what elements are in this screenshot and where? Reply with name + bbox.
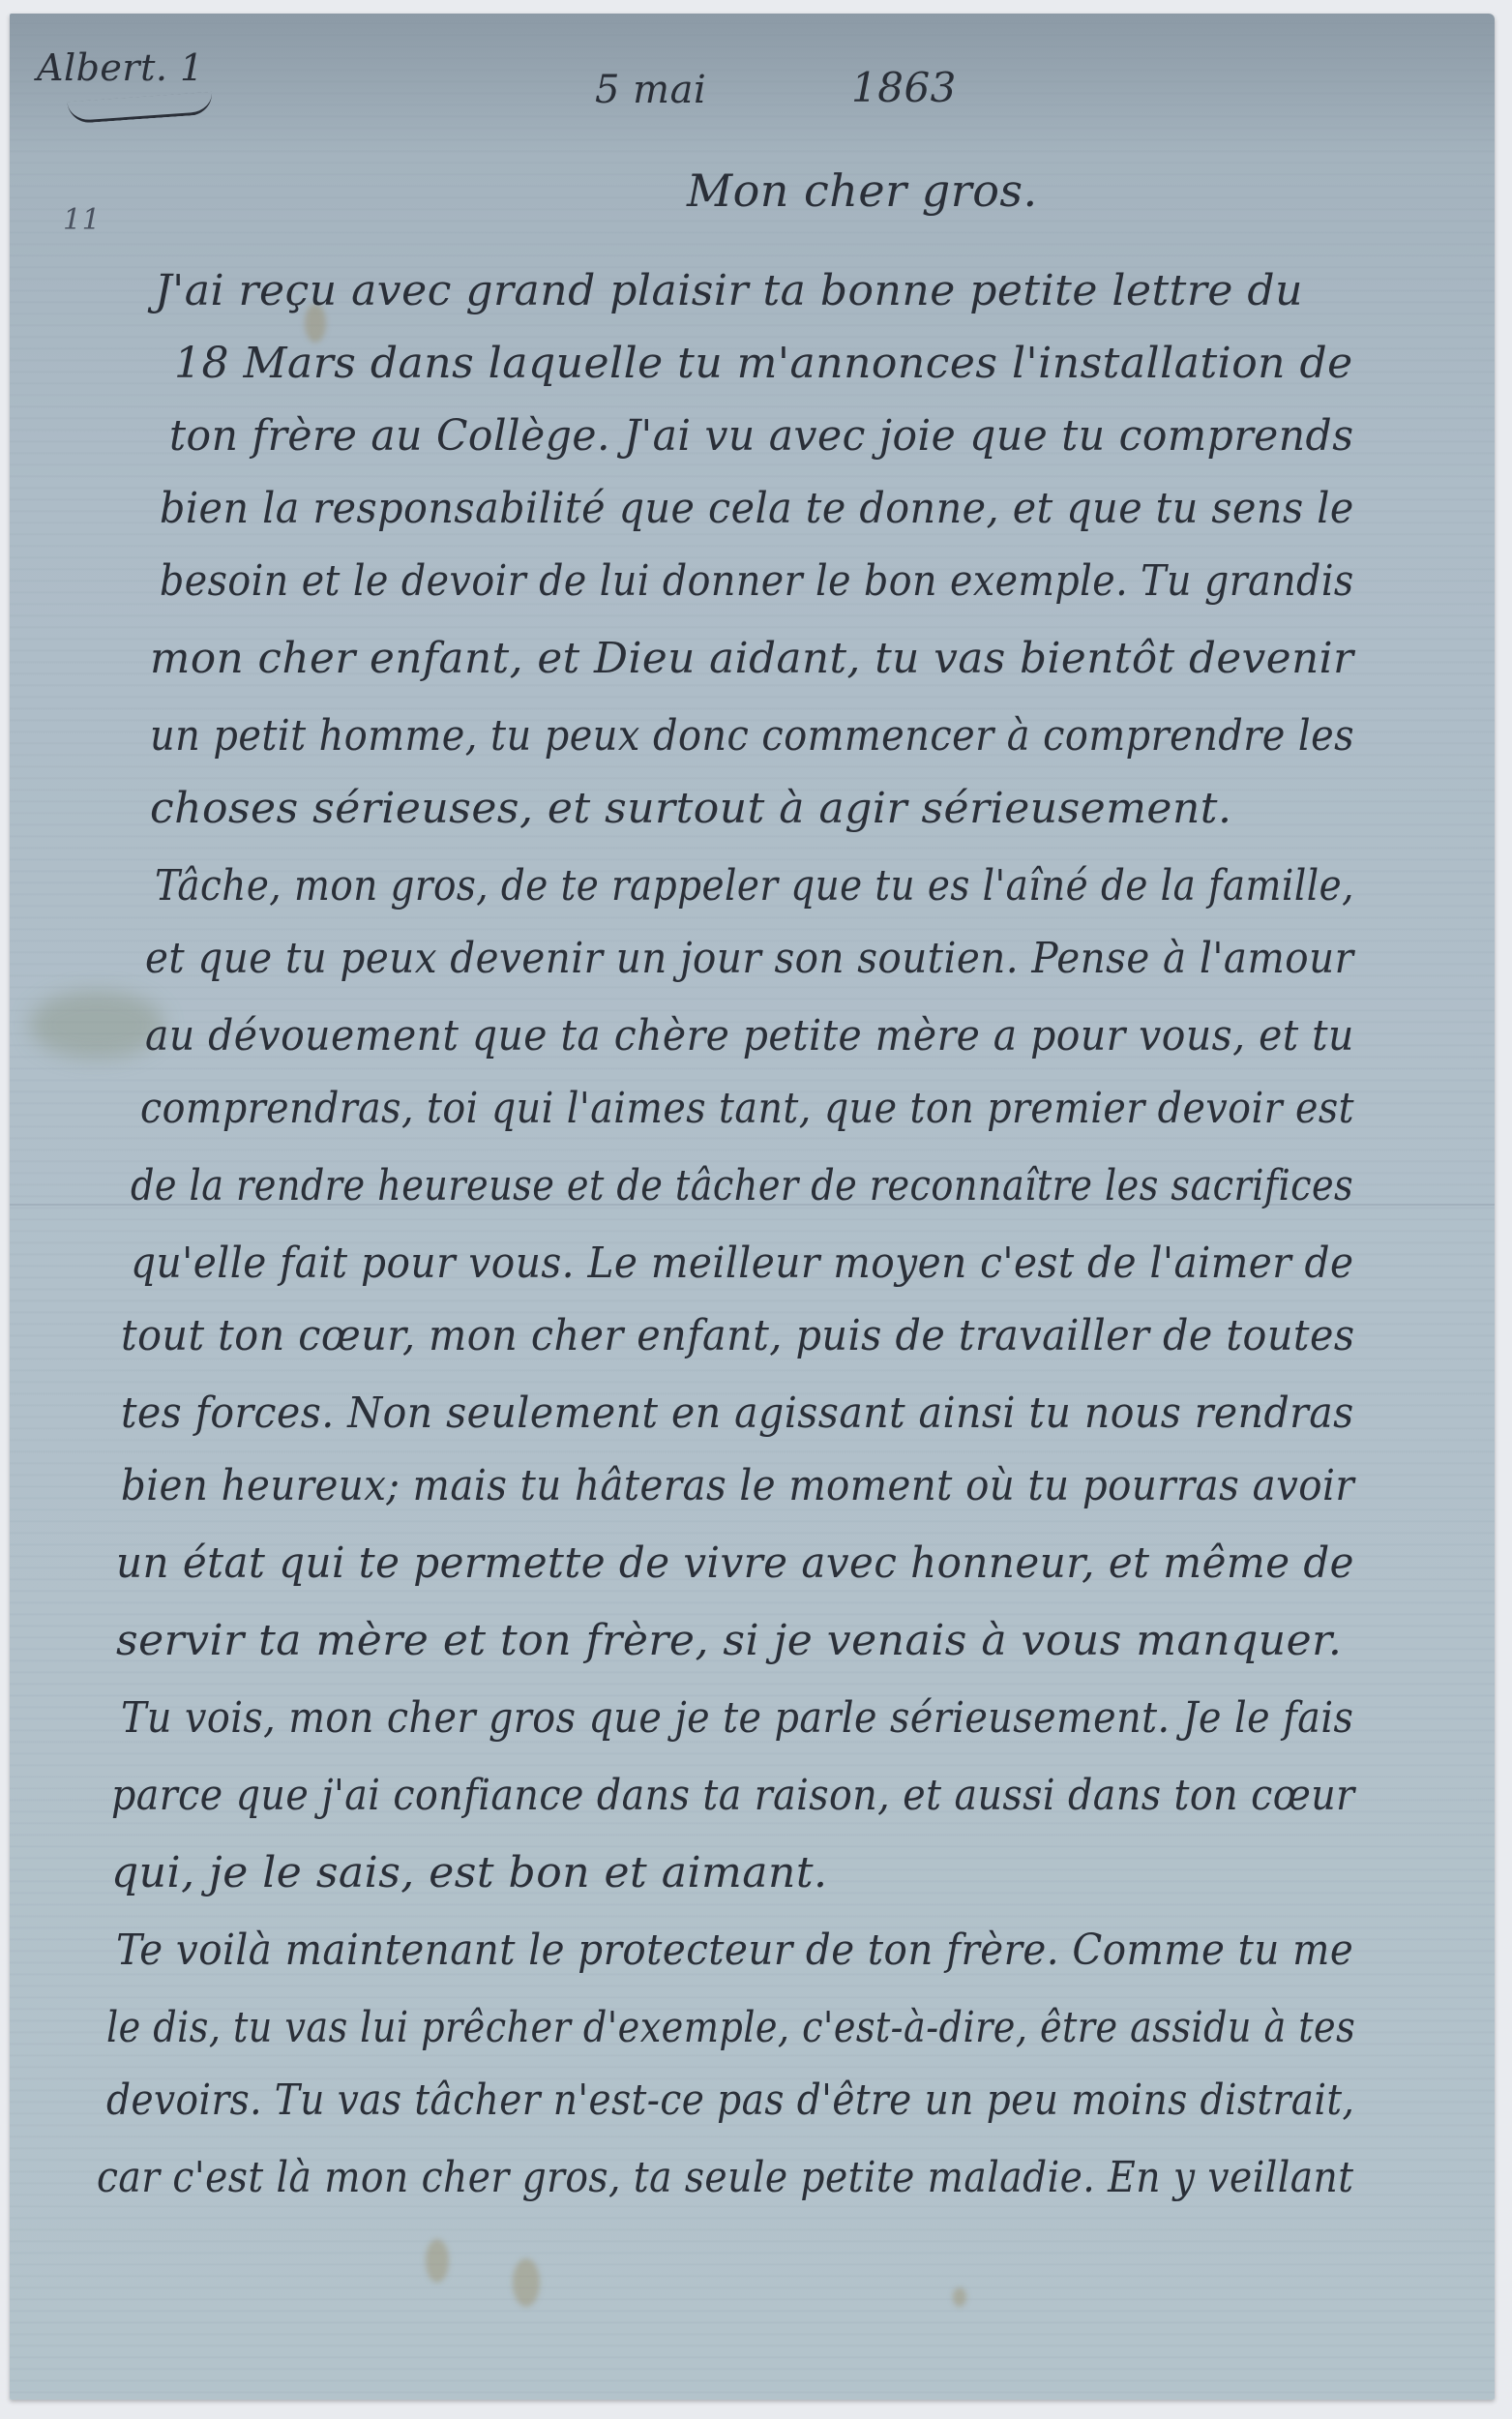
letter-line: devoirs. Tu vas tâcher n'est-ce pas d'êt…: [106, 2076, 1354, 2125]
letter-line: 18 Mars dans laquelle tu m'annonces l'in…: [174, 339, 1353, 388]
letter-line: de la rendre heureuse et de tâcher de re…: [131, 1161, 1353, 1210]
letter-line: choses sérieuses, et surtout à agir séri…: [150, 784, 1231, 833]
letter-line: bien heureux; mais tu hâteras le moment …: [121, 1461, 1354, 1510]
letter-line: un état qui te permette de vivre avec ho…: [116, 1538, 1354, 1588]
letter-line: comprendras, toi qui l'aimes tant, que t…: [140, 1084, 1354, 1133]
foxing-stain: [426, 2239, 449, 2283]
letter-line: ton frère au Collège. J'ai vu avec joie …: [169, 411, 1353, 461]
margin-mark: 11: [63, 203, 101, 237]
foxing-stain: [953, 2287, 966, 2307]
letter-line: Te voilà maintenant le protecteur de ton…: [116, 1926, 1353, 1975]
date-year: 1863: [851, 64, 957, 111]
letter-line: un petit homme, tu peux donc commencer à…: [150, 711, 1354, 761]
letter-line: servir ta mère et ton frère, si je venai…: [116, 1616, 1342, 1665]
letter-line: qui, je le sais, est bon et aimant.: [111, 1848, 828, 1897]
letter-line: tout ton cœur, mon cher enfant, puis de …: [121, 1311, 1355, 1360]
letter-line: car c'est là mon cher gros, ta seule pet…: [97, 2153, 1353, 2202]
letter-line: besoin et le devoir de lui donner le bon…: [160, 556, 1354, 606]
letter-line: Tâche, mon gros, de te rappeler que tu e…: [155, 861, 1354, 911]
letter-line: tes forces. Non seulement en agissant ai…: [121, 1389, 1354, 1438]
salutation: Mon cher gros.: [687, 164, 1038, 217]
letter-line: qu'elle fait pour vous. Le meilleur moye…: [131, 1239, 1354, 1288]
letter-line: et que tu peux devenir un jour son souti…: [145, 934, 1353, 983]
date-day-month: 5 mai: [595, 68, 706, 112]
letter-line: bien la responsabilité que cela te donne…: [160, 484, 1354, 533]
letter-line: Tu vois, mon cher gros que je te parle s…: [121, 1693, 1353, 1743]
foxing-stain: [513, 2258, 540, 2307]
archive-reference: Albert. 1: [37, 46, 204, 89]
letter-line: au dévouement que ta chère petite mère a…: [145, 1011, 1354, 1060]
letter-line: le dis, tu vas lui prêcher d'exemple, c'…: [106, 2003, 1355, 2052]
water-stain: [29, 991, 164, 1059]
letter-line: parce que j'ai confiance dans ta raison,…: [111, 1771, 1355, 1820]
letter-line: J'ai reçu avec grand plaisir ta bonne pe…: [155, 266, 1303, 315]
letter-line: mon cher enfant, et Dieu aidant, tu vas …: [150, 634, 1353, 683]
